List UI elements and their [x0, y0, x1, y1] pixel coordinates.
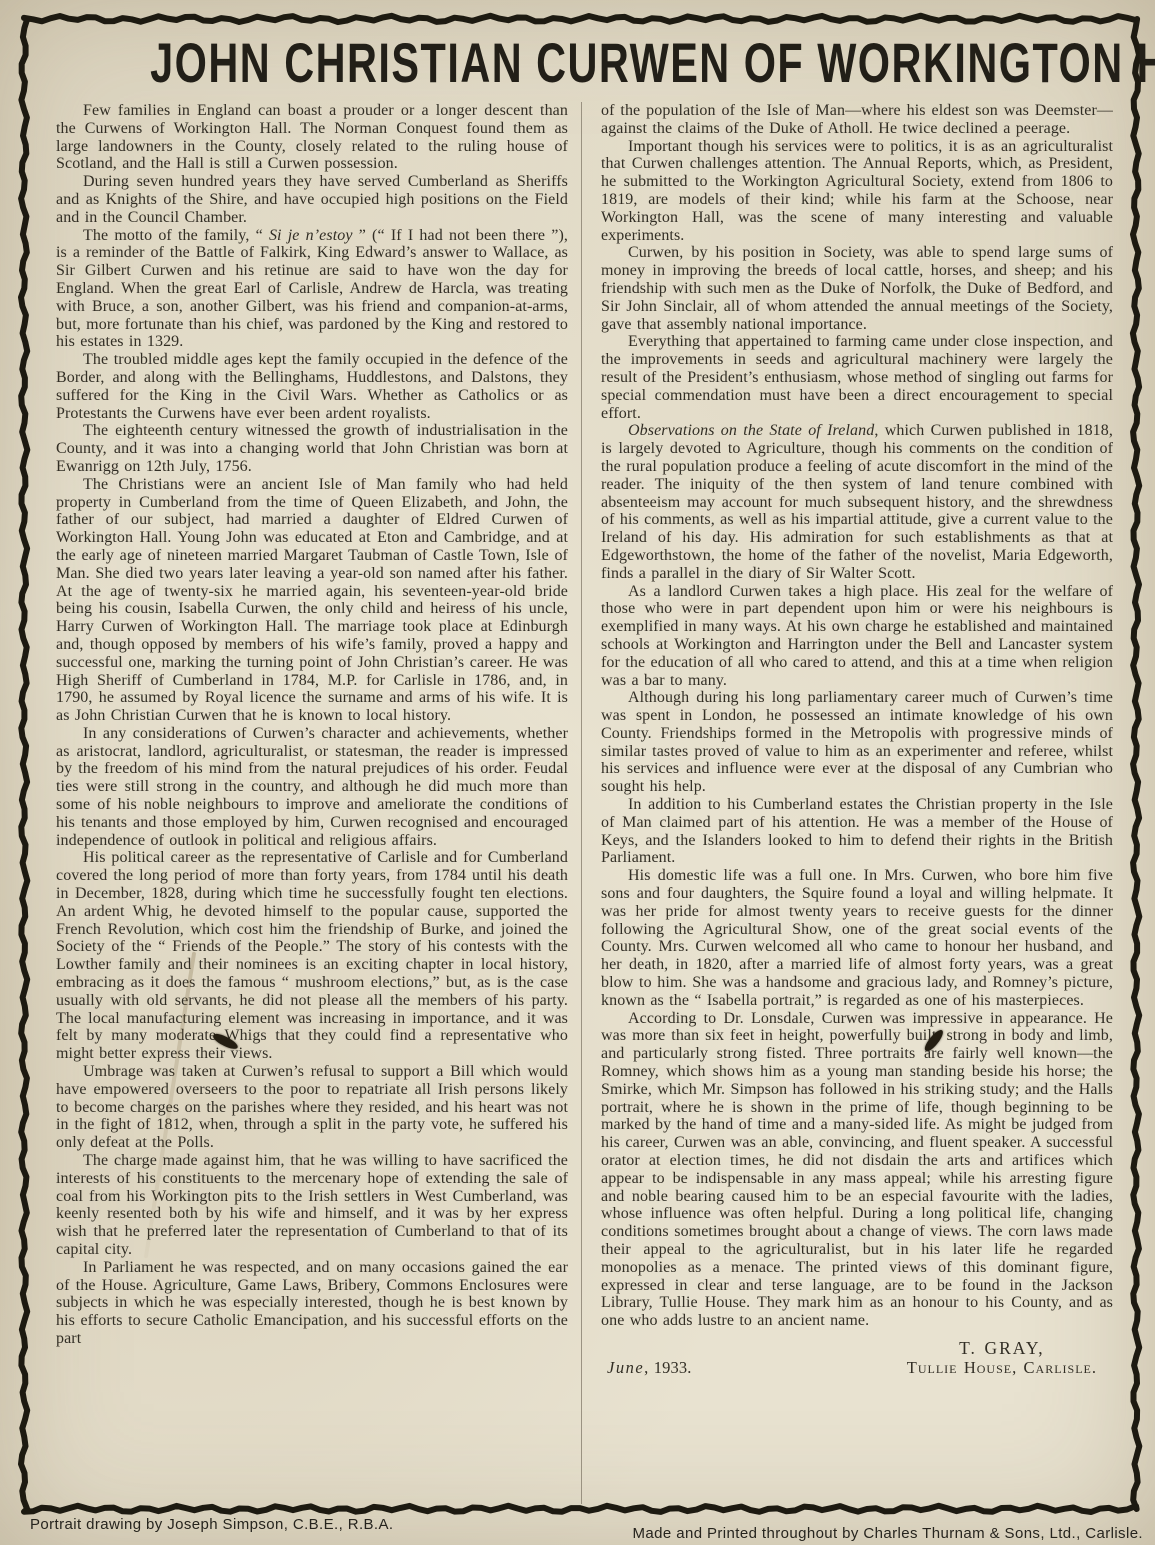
- paragraph: The eighteenth century witnessed the gro…: [56, 422, 568, 475]
- paragraph: In any considerations of Curwen’s charac…: [56, 725, 568, 850]
- paragraph: Few families in England can boast a prou…: [56, 102, 568, 173]
- paragraph: The troubled middle ages kept the family…: [56, 351, 568, 422]
- paragraph: According to Dr. Lonsdale, Curwen was im…: [601, 1010, 1113, 1330]
- paragraph: Although during his long parliamentary c…: [601, 689, 1113, 796]
- paragraph: The charge made against him, that he was…: [56, 1152, 568, 1259]
- paragraph: Everything that appertained to farming c…: [601, 333, 1113, 422]
- paragraph: His political career as the representati…: [56, 849, 568, 1063]
- signature-year: , 1933.: [644, 1358, 691, 1377]
- column-right: of the population of the Isle of Man—whe…: [601, 102, 1113, 1377]
- paragraph: Important though his services were to po…: [601, 138, 1113, 245]
- signature-author: T. GRAY, Tullie House, Carlisle.: [907, 1339, 1097, 1377]
- column-left-paragraphs: Few families in England can boast a prou…: [56, 102, 568, 1348]
- paragraph: The Christians were an ancient Isle of M…: [56, 476, 568, 725]
- signature-block: June, 1933. T. GRAY, Tullie House, Carli…: [601, 1339, 1113, 1377]
- signature-name: T. GRAY,: [907, 1339, 1097, 1358]
- footer-credit-portrait: Portrait drawing by Joseph Simpson, C.B.…: [30, 1516, 393, 1533]
- footer-credit-printer: Made and Printed throughout by Charles T…: [633, 1525, 1143, 1542]
- paragraph: As a landlord Curwen takes a high place.…: [601, 583, 1113, 690]
- paragraph: In addition to his Cumberland estates th…: [601, 796, 1113, 867]
- column-divider-rule: [581, 102, 582, 1504]
- paragraph: In Parliament he was respected, and on m…: [56, 1259, 568, 1348]
- paragraph: During seven hundred years they have ser…: [56, 173, 568, 226]
- paragraph: The motto of the family, “ Si je n’estoy…: [56, 227, 568, 352]
- paragraph: His domestic life was a full one. In Mrs…: [601, 867, 1113, 1009]
- signature-date: June, 1933.: [607, 1359, 691, 1377]
- signature-month: June: [607, 1358, 644, 1377]
- page-title: JOHN CHRISTIAN CURWEN OF WORKINGTON HALL…: [150, 30, 1005, 95]
- scanned-document-page: JOHN CHRISTIAN CURWEN OF WORKINGTON HALL…: [0, 0, 1155, 1545]
- signature-place: Tullie House, Carlisle.: [907, 1358, 1097, 1377]
- column-left: Few families in England can boast a prou…: [56, 102, 568, 1348]
- column-right-paragraphs: of the population of the Isle of Man—whe…: [601, 102, 1113, 1330]
- paragraph: Observations on the State of Ireland, wh…: [601, 422, 1113, 582]
- paragraph: of the population of the Isle of Man—whe…: [601, 102, 1113, 138]
- paragraph: Curwen, by his position in Society, was …: [601, 244, 1113, 333]
- paragraph: Umbrage was taken at Curwen’s refusal to…: [56, 1063, 568, 1152]
